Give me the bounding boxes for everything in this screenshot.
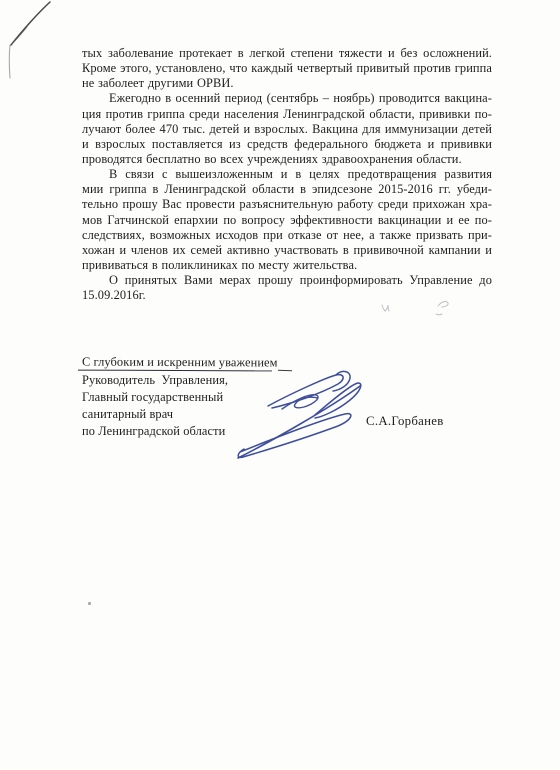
text-line: следствиях, возможных исходов при отказе… — [82, 228, 492, 243]
text-line: В связи с вышеизложенным и в целях предо… — [82, 167, 492, 182]
text-line: О принятых Вами мерах прошу проинформиро… — [82, 273, 492, 288]
text-line: хожан и членов их семей активно участвов… — [82, 243, 492, 258]
text-line: ция против гриппа среди населения Ленинг… — [82, 107, 492, 122]
text-line: мов Гатчинской епархии по вопросу эффект… — [82, 213, 492, 228]
text-line: Ежегодно в осенний период (сентябрь – но… — [82, 91, 492, 106]
scanned-letter-page: { "page": { "background_color": "#fdfdfb… — [0, 0, 560, 770]
text-line: тых заболевание протекает в легкой степе… — [82, 46, 492, 61]
signer-name: С.А.Горбанев — [366, 414, 444, 429]
text-line: лучают более 470 тыс. детей и взрослых. … — [82, 122, 492, 137]
handwritten-signature — [228, 350, 370, 468]
text-line: мии гриппа в Ленинградской области в эпи… — [82, 182, 492, 197]
text-line: прививаться в поликлиниках по месту жите… — [82, 258, 492, 273]
scan-fold-mark — [0, 0, 70, 95]
text-line: Кроме этого, установлено, что каждый чет… — [82, 61, 492, 76]
dust-speck — [88, 602, 91, 605]
letter-body-text: тых заболевание протекает в легкой степе… — [82, 46, 492, 303]
text-line: не заболеет другими ОРВИ. — [82, 76, 492, 91]
pencil-marks — [372, 296, 462, 322]
text-line: и взрослых поставляется из средств федер… — [82, 137, 492, 152]
text-line: тельно прошу Вас провести разъяснительну… — [82, 197, 492, 212]
text-line: проводятся бесплатно во всех учреждениях… — [82, 152, 492, 167]
